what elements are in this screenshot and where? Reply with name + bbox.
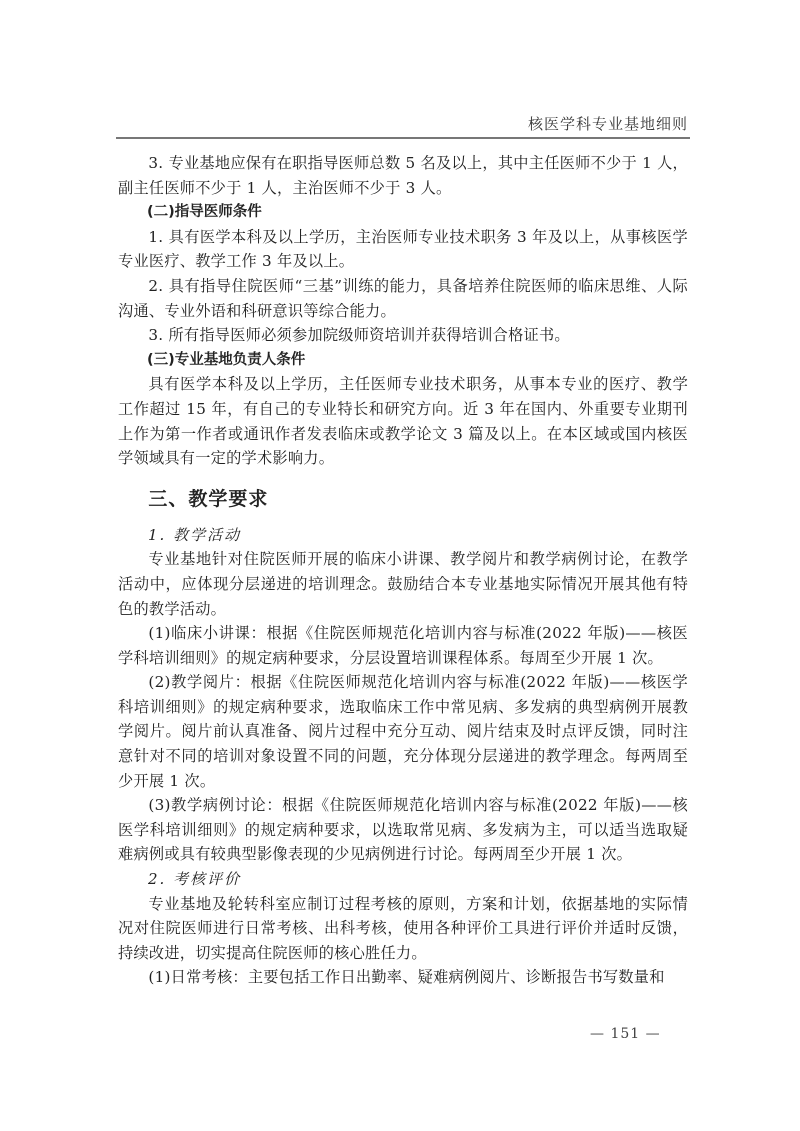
page-body: 3. 专业基地应保有在职指导医师总数 5 名及以上，其中主任医师不少于 1 人，… — [118, 151, 688, 990]
paragraph-director: 具有医学本科及以上学历，主任医师专业技术职务，从事本专业的医疗、教学工作超过 1… — [118, 372, 688, 470]
header-rule — [116, 137, 690, 139]
section-heading-director-conditions: (三)专业基地负责人条件 — [118, 348, 688, 373]
paragraph-assessment: 专业基地及轮转科室应制订过程考核的原则，方案和计划，依据基地的实际情况对住院医师… — [118, 892, 688, 966]
paragraph-lecture: (1)临床小讲课：根据《住院医师规范化培训内容与标准(2022 年版)——核医学… — [118, 621, 688, 670]
paragraph-teaching-activities: 专业基地针对住院医师开展的临床小讲课、教学阅片和教学病例讨论，在教学活动中，应体… — [118, 547, 688, 621]
page-number: — 151 — — [590, 1026, 661, 1042]
item-heading-assessment: 2. 考核评价 — [118, 867, 688, 892]
paragraph-daily-assessment: (1)日常考核：主要包括工作日出勤率、疑难病例阅片、诊断报告书写数量和 — [118, 965, 688, 990]
paragraph-base-staff: 3. 专业基地应保有在职指导医师总数 5 名及以上，其中主任医师不少于 1 人，… — [118, 151, 688, 200]
item-heading-teaching-activities: 1. 教学活动 — [118, 523, 688, 548]
section-heading-supervisor-conditions: (二)指导医师条件 — [118, 200, 688, 225]
running-header-title: 核医学科专业基地细则 — [480, 113, 688, 134]
chapter-heading-teaching: 三、教学要求 — [118, 487, 688, 511]
paragraph-supervisor-3: 3. 所有指导医师必须参加院级师资培训并获得培训合格证书。 — [118, 323, 688, 348]
paragraph-film-reading: (2)教学阅片：根据《住院医师规范化培训内容与标准(2022 年版)——核医学科… — [118, 670, 688, 793]
paragraph-supervisor-2: 2. 具有指导住院医师“三基”训练的能力，具备培养住院医师的临床思维、人际沟通、… — [118, 274, 688, 323]
paragraph-supervisor-1: 1. 具有医学本科及以上学历，主治医师专业技术职务 3 年及以上，从事核医学专业… — [118, 225, 688, 274]
paragraph-case-discussion: (3)教学病例讨论：根据《住院医师规范化培训内容与标准(2022 年版)——核医… — [118, 793, 688, 867]
